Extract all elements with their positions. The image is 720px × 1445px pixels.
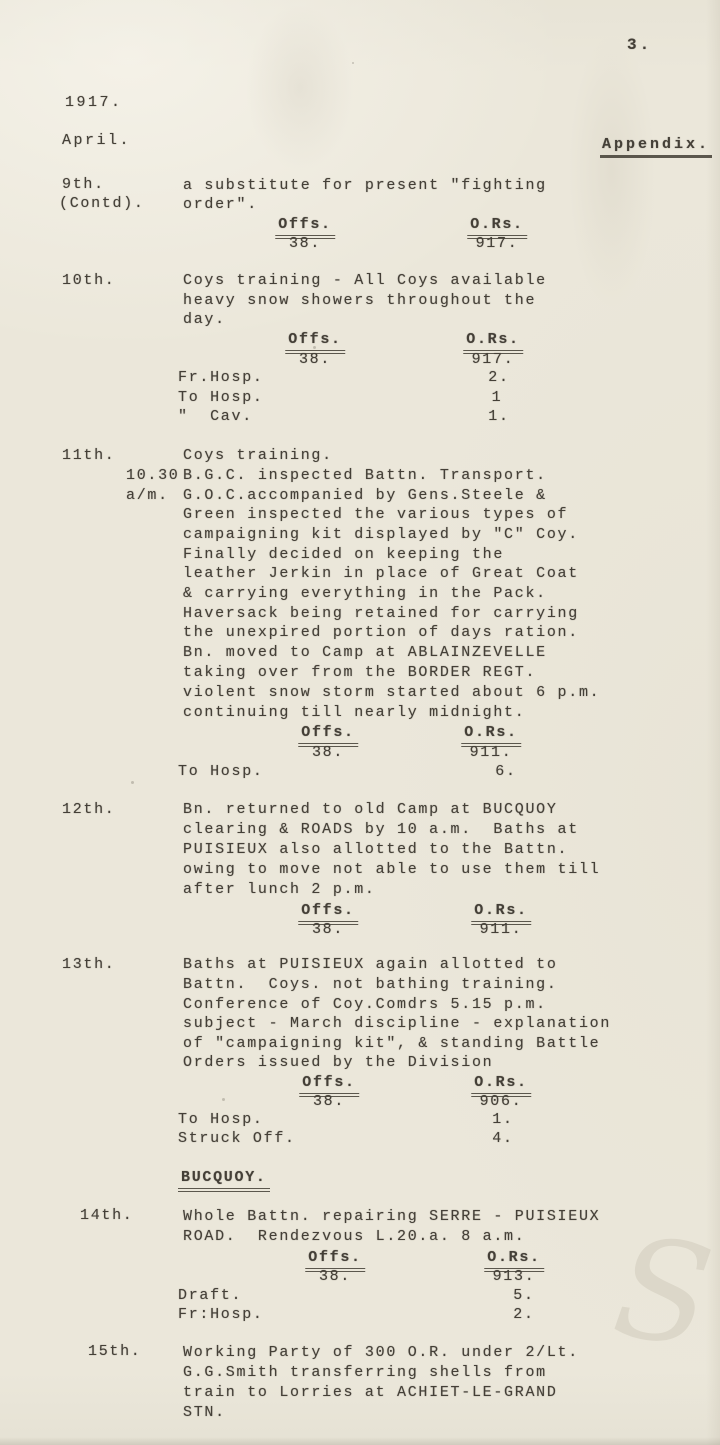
- entry-line: subject - March discipline - explanation: [183, 1014, 611, 1033]
- margin-time-note: 10.30: [126, 466, 180, 485]
- stat-row-label: To Hosp.: [178, 1110, 264, 1129]
- ink-speck: [131, 781, 134, 784]
- stat-row-label: Struck Off.: [178, 1129, 296, 1148]
- stats-ors-value: 917.: [472, 350, 515, 369]
- entry-line: Baths at PUISIEUX again allotted to: [183, 955, 558, 974]
- stats-offs-value: 38.: [319, 1267, 351, 1286]
- entry-date: 9th.: [62, 175, 105, 194]
- entry-line: STN.: [183, 1403, 226, 1422]
- location-subheading: BUCQUOY.: [178, 1168, 270, 1192]
- entry-line: Working Party of 300 O.R. under 2/Lt.: [183, 1343, 579, 1362]
- entry-line: G.G.Smith transferring shells from: [183, 1363, 547, 1382]
- stats-ors-value: 906.: [480, 1092, 523, 1111]
- paper-edge-shading: [0, 1437, 720, 1445]
- stats-ors-value: 917.: [476, 234, 519, 253]
- entry-date: 11th.: [62, 446, 116, 465]
- stat-row-label: " Cav.: [178, 407, 253, 426]
- entry-line: order".: [183, 195, 258, 214]
- stat-row-value: 2.: [513, 1305, 534, 1324]
- entry-line: Bn. moved to Camp at ABLAINZEVELLE: [183, 643, 547, 662]
- entry-line: campaigning kit displayed by "C" Coy.: [183, 525, 579, 544]
- entry-line: heavy snow showers throughout the: [183, 291, 536, 310]
- entry-line: the unexpired portion of days ration.: [183, 623, 579, 642]
- stat-row-value: 4.: [492, 1129, 513, 1148]
- entry-line: owing to move not able to use them till: [183, 860, 600, 879]
- ink-speck: [352, 62, 354, 64]
- entry-line: Finally decided on keeping the: [183, 545, 504, 564]
- stat-row-value: 1: [492, 388, 503, 407]
- entry-line: G.O.C.accompanied by Gens.Steele &: [183, 486, 547, 505]
- entry-line: PUISIEUX also allotted to the Battn.: [183, 840, 568, 859]
- entry-line: Coys training.: [183, 446, 333, 465]
- entry-line: violent snow storm started about 6 p.m.: [183, 683, 600, 702]
- watermark-s: S: [607, 1218, 720, 1368]
- stats-ors-value: 911.: [480, 920, 523, 939]
- stats-ors-value: 913.: [493, 1267, 536, 1286]
- entry-date: 12th.: [62, 800, 116, 819]
- stat-row-label: To Hosp.: [178, 762, 264, 781]
- entry-line: Conference of Coy.Comdrs 5.15 p.m.: [183, 995, 547, 1014]
- stat-row-value: 6.: [495, 762, 516, 781]
- stat-row-value: 1.: [488, 407, 509, 426]
- entry-line: after lunch 2 p.m.: [183, 880, 376, 899]
- document-page: S 3. 1917. April. Appendix. 9th. (Contd)…: [0, 0, 720, 1445]
- entry-line: Green inspected the various types of: [183, 505, 568, 524]
- entry-line: of "campaigning kit", & standing Battle: [183, 1034, 600, 1053]
- margin-time-note: a/m.: [126, 486, 169, 505]
- entry-line: Battn. Coys. not bathing training.: [183, 975, 558, 994]
- year-heading: 1917.: [65, 93, 123, 112]
- entry-line: Coys training - All Coys available: [183, 271, 547, 290]
- entry-date-continued: (Contd).: [59, 194, 145, 213]
- stats-offs-value: 38.: [313, 1092, 345, 1111]
- entry-line: a substitute for present "fighting: [183, 176, 547, 195]
- entry-line: Whole Battn. repairing SERRE - PUISIEUX: [183, 1207, 600, 1226]
- page-number: 3.: [627, 36, 652, 55]
- stats-offs-value: 38.: [312, 920, 344, 939]
- entry-line: day.: [183, 310, 226, 329]
- entry-line: B.G.C. inspected Battn. Transport.: [183, 466, 547, 485]
- stat-row-label: To Hosp.: [178, 388, 264, 407]
- stat-row-label: Fr.Hosp.: [178, 368, 264, 387]
- month-heading: April.: [62, 131, 131, 150]
- ink-speck: [222, 1098, 225, 1101]
- stats-ors-value: 911.: [470, 743, 513, 762]
- entry-line: Haversack being retained for carrying: [183, 604, 579, 623]
- entry-line: train to Lorries at ACHIET-LE-GRAND: [183, 1383, 558, 1402]
- stats-offs-value: 38.: [289, 234, 321, 253]
- paper-streak: [552, 0, 672, 380]
- entry-date: 14th.: [80, 1206, 134, 1225]
- entry-line: & carrying everything in the Pack.: [183, 584, 547, 603]
- entry-line: Bn. returned to old Camp at BUCQUOY: [183, 800, 558, 819]
- entry-line: continuing till nearly midnight.: [183, 703, 525, 722]
- entry-line: Orders issued by the Division: [183, 1053, 493, 1072]
- stats-offs-value: 38.: [312, 743, 344, 762]
- appendix-heading: Appendix.: [600, 135, 712, 158]
- stats-offs-value: 38.: [299, 350, 331, 369]
- entry-line: clearing & ROADS by 10 a.m. Baths at: [183, 820, 579, 839]
- paper-edge-shading: [706, 0, 720, 1445]
- entry-date: 13th.: [62, 955, 116, 974]
- entry-line: leather Jerkin in place of Great Coat: [183, 564, 579, 583]
- entry-date: 10th.: [62, 271, 116, 290]
- entry-date: 15th.: [88, 1342, 142, 1361]
- stat-row-label: Fr:Hosp.: [178, 1305, 264, 1324]
- entry-line: taking over from the BORDER REGT.: [183, 663, 536, 682]
- stat-row-value: 5.: [513, 1286, 534, 1305]
- stat-row-value: 1.: [492, 1110, 513, 1129]
- entry-line: ROAD. Rendezvous L.20.a. 8 a.m.: [183, 1227, 525, 1246]
- stat-row-label: Draft.: [178, 1286, 242, 1305]
- stat-row-value: 2.: [488, 368, 509, 387]
